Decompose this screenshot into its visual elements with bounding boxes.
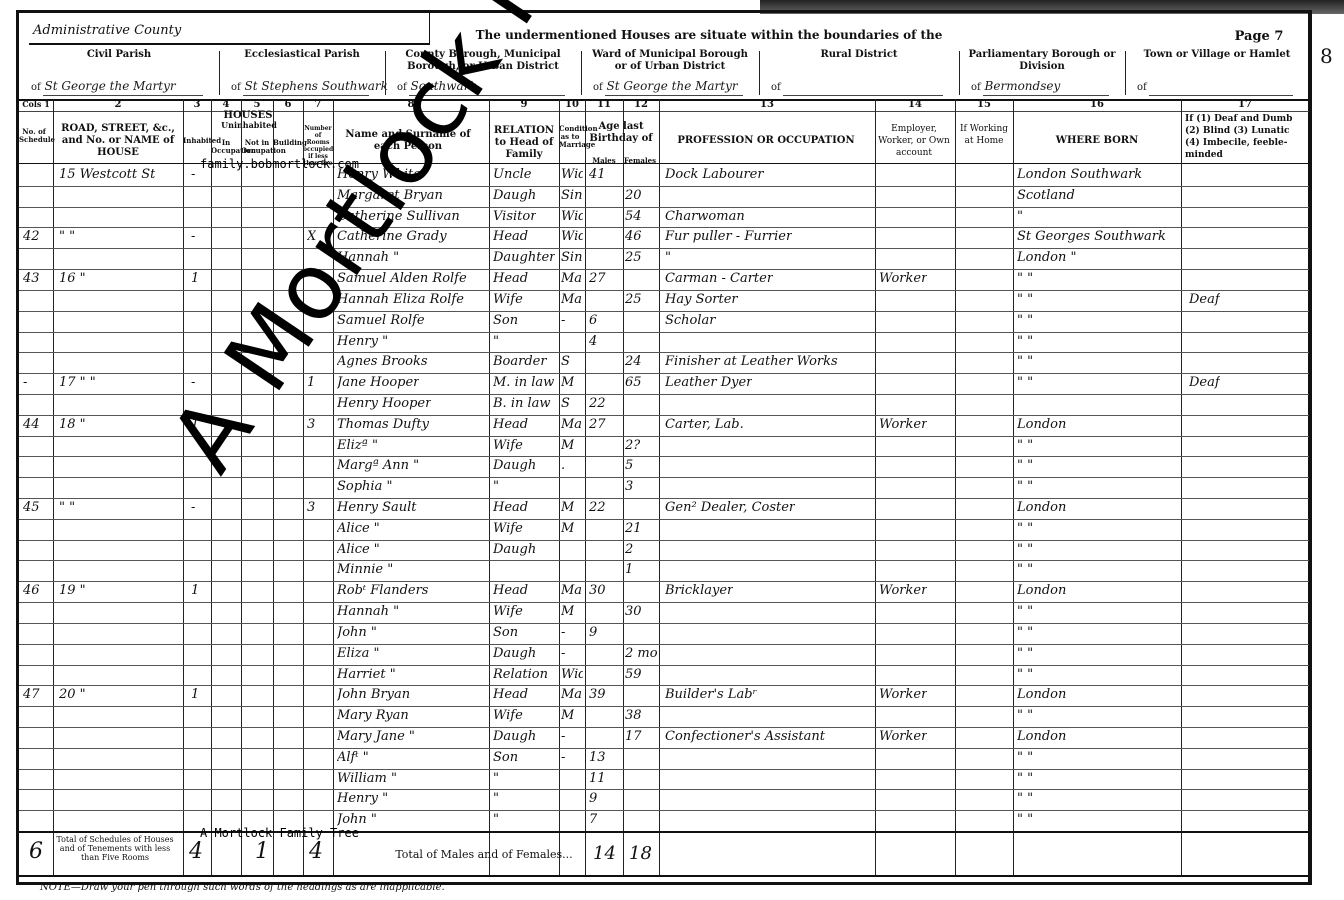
row-line — [19, 644, 1309, 645]
cell-name: Henry Hooper — [337, 396, 431, 411]
cell-cond: Wid — [561, 209, 583, 224]
column-number: 2 — [53, 99, 183, 110]
total-persons-label: Total of Males and of Females... — [379, 849, 589, 861]
cell-m: 9 — [589, 625, 597, 640]
grid-line — [241, 99, 242, 875]
cell-name: Alice " — [337, 542, 380, 557]
cell-emp: Worker — [879, 729, 927, 744]
row-line — [19, 227, 1309, 228]
cell-m: 7 — [589, 812, 597, 827]
row-line — [19, 311, 1309, 312]
cell-born: London " — [1017, 250, 1076, 265]
cell-name: John " — [337, 812, 377, 827]
cell-cond: M — [561, 438, 574, 453]
cell-born: " " — [1017, 562, 1033, 577]
cell-f: 17 — [625, 729, 642, 744]
row-line — [19, 477, 1309, 478]
boundary-value: of — [1137, 79, 1147, 93]
cell-m: 39 — [589, 687, 606, 702]
row-line — [19, 706, 1309, 707]
cell-born: " — [1017, 209, 1023, 224]
cell-rel: Head — [493, 229, 528, 244]
boundary-5: Parliamentary Borough or Divisionof Berm… — [959, 45, 1125, 99]
cell-rel: Daugh — [493, 729, 536, 744]
cell-sched: 46 — [23, 583, 40, 598]
cell-born: " " — [1017, 667, 1033, 682]
boundary-label: Ward of Municipal Borough or of Urban Di… — [585, 49, 755, 73]
cell-name: Agnes Brooks — [337, 354, 428, 369]
grid-line — [211, 99, 212, 875]
grid-line — [273, 99, 274, 875]
row-line — [19, 581, 1309, 582]
cell-rel: Wife — [493, 708, 523, 723]
boundary-label: Town or Village or Hamlet — [1129, 49, 1305, 61]
cell-occ: Carman - Carter — [665, 271, 773, 286]
cell-name: Thomas Dufty — [337, 417, 429, 432]
cell-f: 25 — [625, 292, 642, 307]
cell-m: 30 — [589, 583, 606, 598]
cell-cond: - — [561, 313, 565, 328]
cell-f: 30 — [625, 604, 642, 619]
row-line — [19, 665, 1309, 666]
cell-born: Scotland — [1017, 188, 1075, 203]
col-working-home-header: If Working at Home — [955, 123, 1013, 147]
cell-m: 22 — [589, 500, 606, 515]
grid-line — [53, 99, 54, 875]
cell-cond: Mar — [561, 292, 583, 307]
row-line — [19, 269, 1309, 270]
cell-rel: Son — [493, 625, 518, 640]
cell-road: 20 " — [59, 687, 86, 702]
cell-born: " " — [1017, 458, 1033, 473]
cell-f: 24 — [625, 354, 642, 369]
grid-line — [1013, 99, 1014, 875]
admin-county-label: Administrative County — [33, 23, 181, 38]
cell-born: " " — [1017, 708, 1033, 723]
cell-cond: M — [561, 708, 574, 723]
grid-line — [183, 99, 184, 875]
row-line — [19, 748, 1309, 749]
grid-line — [955, 99, 956, 875]
cell-sched: 42 — [23, 229, 40, 244]
row-line — [19, 685, 1309, 686]
cols-label: Cols 1 — [19, 99, 53, 109]
cell-inhab: 1 — [191, 687, 199, 702]
cell-cond: - — [561, 625, 565, 640]
cell-rel: Visitor — [493, 209, 536, 224]
cell-rel: Head — [493, 583, 528, 598]
cell-born: " " — [1017, 812, 1033, 827]
cell-occ: Gen² Dealer, Coster — [665, 500, 795, 515]
cell-rooms: 3 — [307, 500, 315, 515]
col-schedule-header: No. of Schedule — [19, 128, 49, 144]
cell-rel: Wife — [493, 438, 523, 453]
row-line — [19, 602, 1309, 603]
col-females-header: Females — [623, 157, 657, 165]
boundary-1: Ecclesiastical Parishof St Stephens Sout… — [219, 45, 385, 99]
cell-born: " " — [1017, 771, 1033, 786]
cell-m: 13 — [589, 750, 606, 765]
cell-emp: Worker — [879, 583, 927, 598]
watermark-small: A Mortlock Family Tree — [200, 826, 359, 840]
column-number: 12 — [623, 99, 659, 110]
cell-inhab: 1 — [191, 583, 199, 598]
cell-m: 11 — [589, 771, 606, 786]
boundary-value: of St Stephens Southwark — [231, 79, 388, 93]
cell-cond: Mar — [561, 687, 583, 702]
total-females: 18 — [629, 843, 652, 864]
cell-rel: Uncle — [493, 167, 531, 182]
cell-rel: " — [493, 334, 499, 349]
cell-inhab: 1 — [191, 271, 199, 286]
cell-cond: Sing — [561, 250, 583, 265]
cell-cond: Wid — [561, 167, 583, 182]
total-schedules: 6 — [29, 839, 43, 864]
cell-born: London — [1017, 729, 1066, 744]
cell-name: Minnie " — [337, 562, 393, 577]
cell-inhab: - — [191, 167, 195, 182]
cell-occ: Builder's Labʳ — [665, 687, 757, 702]
cell-born: " " — [1017, 271, 1033, 286]
col-uninhabited-header: Uninhabited — [211, 121, 287, 129]
cell-road: " " — [59, 229, 75, 244]
boundary-label: Civil Parish — [23, 49, 215, 61]
cell-name: Henry " — [337, 791, 388, 806]
cell-name: Henry Sault — [337, 500, 417, 515]
cell-sched: 44 — [23, 417, 40, 432]
cell-sched: - — [23, 375, 27, 390]
cell-rel: Relation — [493, 667, 548, 682]
cell-born: " " — [1017, 646, 1033, 661]
total-inhabited: 4 — [189, 839, 203, 864]
total-males: 14 — [593, 843, 616, 864]
cell-rel: Head — [493, 417, 528, 432]
cell-name: Margª Ann " — [337, 458, 419, 473]
cell-name: Alfᵗ " — [337, 750, 369, 765]
cell-sched: 47 — [23, 687, 40, 702]
row-line — [19, 623, 1309, 624]
cell-cond: S — [561, 396, 570, 411]
cell-f: 5 — [625, 458, 633, 473]
cell-name: Henry " — [337, 334, 388, 349]
boundary-4: Rural Districtof — [759, 45, 959, 99]
total-uninhabited: 1 — [255, 839, 269, 864]
cell-f: 1 — [625, 562, 633, 577]
cell-cond: . — [561, 458, 565, 473]
cell-born: " " — [1017, 604, 1033, 619]
boundary-label: Ecclesiastical Parish — [223, 49, 381, 61]
cell-occ: Scholar — [665, 313, 716, 328]
column-number: 14 — [875, 99, 955, 110]
cell-m: 6 — [589, 313, 597, 328]
cell-born: London — [1017, 500, 1066, 515]
cell-cond: Sing — [561, 188, 583, 203]
grid-line — [875, 99, 876, 875]
cell-occ: Charwoman — [665, 209, 745, 224]
row-line — [19, 540, 1309, 541]
cell-m: 27 — [589, 417, 606, 432]
grid-line — [559, 99, 560, 875]
cell-rel: Wife — [493, 292, 523, 307]
cell-cond: M — [561, 500, 574, 515]
cell-name: Hannah " — [337, 604, 399, 619]
cell-rel: Boarder — [493, 354, 547, 369]
cell-rel: " — [493, 791, 499, 806]
cell-name: Harriet " — [337, 667, 396, 682]
row-line — [19, 769, 1309, 770]
cell-born: " " — [1017, 542, 1033, 557]
cell-sched: 45 — [23, 500, 40, 515]
column-number: 5 — [241, 99, 273, 110]
cell-road: 18 " — [59, 417, 86, 432]
row-line — [19, 560, 1309, 561]
cell-inhab: - — [191, 229, 195, 244]
cell-f: 21 — [625, 521, 642, 536]
cell-f: 59 — [625, 667, 642, 682]
cell-emp: Worker — [879, 687, 927, 702]
cell-f: 65 — [625, 375, 642, 390]
cell-born: " " — [1017, 354, 1033, 369]
cell-rel: Wife — [493, 604, 523, 619]
total-schedules-label: Total of Schedules of Houses and of Tene… — [53, 835, 177, 862]
column-number: 6 — [273, 99, 303, 110]
cell-name: Mary Ryan — [337, 708, 409, 723]
grid-line — [489, 99, 490, 875]
cell-road: 16 " — [59, 271, 86, 286]
col-where-born-header: WHERE BORN — [1013, 135, 1181, 147]
cell-rel: Wife — [493, 521, 523, 536]
cell-occ: Hay Sorter — [665, 292, 738, 307]
cell-name: William " — [337, 771, 397, 786]
cell-occ: Dock Labourer — [665, 167, 764, 182]
col-infirmity-header: If (1) Deaf and Dumb (2) Blind (3) Lunat… — [1185, 113, 1303, 161]
cell-cond: - — [561, 646, 565, 661]
cell-occ: Carter, Lab. — [665, 417, 744, 432]
grid-line — [1181, 99, 1182, 875]
cell-rel: Head — [493, 271, 528, 286]
cell-f: 20 — [625, 188, 642, 203]
col-road-header: ROAD, STREET, &c., and No. or NAME of HO… — [53, 123, 183, 159]
cell-cond: Wid — [561, 667, 583, 682]
boundary-value: of Bermondsey — [971, 79, 1060, 93]
cell-road: 19 " — [59, 583, 86, 598]
boundary-0: Civil Parishof St George the Martyr — [19, 45, 219, 99]
cell-rel: " — [493, 812, 499, 827]
boundary-label: Parliamentary Borough or Division — [963, 49, 1121, 73]
cell-born: London — [1017, 687, 1066, 702]
row-line — [19, 519, 1309, 520]
cell-rel: Son — [493, 313, 518, 328]
cell-born: St Georges Southwark — [1017, 229, 1166, 244]
cell-inf: Deaf — [1189, 375, 1220, 390]
cell-emp: Worker — [879, 271, 927, 286]
column-number: 16 — [1013, 99, 1181, 110]
row-line — [19, 727, 1309, 728]
boundary-value: of — [771, 79, 781, 93]
row-line — [19, 248, 1309, 249]
cell-cond: M — [561, 375, 574, 390]
cell-m: 27 — [589, 271, 606, 286]
cell-sched: 43 — [23, 271, 40, 286]
cell-f: 2 — [625, 542, 633, 557]
cell-cond: M — [561, 604, 574, 619]
cell-born: " " — [1017, 438, 1033, 453]
cell-road: 17 " " — [59, 375, 96, 390]
cell-born: " " — [1017, 625, 1033, 640]
row-line — [19, 207, 1309, 208]
cell-born: " " — [1017, 791, 1033, 806]
row-line — [19, 290, 1309, 291]
cell-name: John Bryan — [337, 687, 410, 702]
col-condition-header: Condition as to Marriage — [559, 125, 581, 149]
cell-cond: S — [561, 354, 570, 369]
cell-f: 46 — [625, 229, 642, 244]
cell-born: " " — [1017, 521, 1033, 536]
row-line — [19, 498, 1309, 499]
cell-occ: Leather Dyer — [665, 375, 752, 390]
cell-rel: Head — [493, 500, 528, 515]
column-number: 13 — [659, 99, 875, 110]
row-line — [19, 789, 1309, 790]
cell-m: 4 — [589, 334, 597, 349]
row-line — [19, 810, 1309, 811]
boundary-label: Rural District — [763, 49, 955, 61]
cell-name: Eliza " — [337, 646, 380, 661]
cell-emp: Worker — [879, 417, 927, 432]
cell-f: 38 — [625, 708, 642, 723]
cell-road: " " — [59, 500, 75, 515]
cell-rel: B. in law — [493, 396, 551, 411]
boundary-value: of St George the Martyr — [593, 79, 738, 93]
cell-f: 25 — [625, 250, 642, 265]
boundary-3: Ward of Municipal Borough or of Urban Di… — [581, 45, 759, 99]
cell-name: Mary Jane " — [337, 729, 415, 744]
cell-born: " " — [1017, 375, 1033, 390]
cell-cond: Mar — [561, 271, 583, 286]
cell-f: 3 — [625, 479, 633, 494]
cell-cond: - — [561, 750, 565, 765]
cell-inhab: - — [191, 500, 195, 515]
cell-rel: M. in law — [493, 375, 554, 390]
column-number: 3 — [183, 99, 211, 110]
cell-born: " " — [1017, 292, 1033, 307]
cell-rel: " — [493, 479, 499, 494]
cell-occ: " — [665, 250, 671, 265]
cell-f: 2 mo — [625, 646, 657, 661]
footnote: NOTE—Draw your pen through such words of… — [40, 882, 445, 893]
boundary-value: of St George the Martyr — [31, 79, 176, 93]
cell-rooms: 3 — [307, 417, 315, 432]
col-occupation-header: PROFESSION OR OCCUPATION — [661, 135, 871, 147]
cell-born: " " — [1017, 750, 1033, 765]
grid-line — [659, 99, 660, 875]
cell-rel: Head — [493, 687, 528, 702]
cell-rel: Daugh — [493, 542, 536, 557]
grid-line — [585, 99, 586, 875]
cell-m: 41 — [589, 167, 606, 182]
cell-born: London Southwark — [1017, 167, 1142, 182]
column-number: 4 — [211, 99, 241, 110]
cell-rel: " — [493, 771, 499, 786]
cell-road: 15 Westcott St — [59, 167, 155, 182]
cell-name: Sophia " — [337, 479, 392, 494]
cell-rel: Daugh — [493, 646, 536, 661]
cell-f: 54 — [625, 209, 642, 224]
cell-rel: Daugh — [493, 188, 536, 203]
cell-name: Elizª " — [337, 438, 378, 453]
column-number: 10 — [559, 99, 585, 110]
cell-cond: Wid — [561, 229, 583, 244]
cell-occ: Finisher at Leather Works — [665, 354, 838, 369]
cell-born: London — [1017, 417, 1066, 432]
col-relation-header: RELATION to Head of Family — [489, 125, 559, 161]
cell-cond: - — [561, 729, 565, 744]
cell-occ: Bricklayer — [665, 583, 733, 598]
col-age-header: Age last Birthday of — [585, 121, 657, 145]
cell-m: 9 — [589, 791, 597, 806]
cell-name: John " — [337, 625, 377, 640]
side-number: 8 — [1320, 50, 1333, 62]
row-line — [19, 332, 1309, 333]
total-rooms: 4 — [309, 839, 323, 864]
cell-born: " " — [1017, 334, 1033, 349]
cell-inf: Deaf — [1189, 292, 1220, 307]
col-in-occupation-header: In Occupation — [211, 139, 241, 155]
column-number: 11 — [585, 99, 623, 110]
grid-line — [623, 99, 624, 875]
cell-born: London — [1017, 583, 1066, 598]
column-number: 15 — [955, 99, 1013, 110]
cell-name: Robᵗ Flanders — [337, 583, 428, 598]
cell-rel: Daughter — [493, 250, 555, 265]
page-number: Page 7 — [1219, 31, 1299, 43]
column-number: 7 — [303, 99, 333, 110]
cell-f: 2? — [625, 438, 640, 453]
boundary-6: Town or Village or Hamletof — [1125, 45, 1309, 99]
col-males-header: Males — [587, 157, 621, 165]
row-line — [19, 186, 1309, 187]
cell-occ: Confectioner's Assistant — [665, 729, 825, 744]
col-building-header: Building — [273, 139, 303, 147]
cell-name: Alice " — [337, 521, 380, 536]
col-inhabited-header: Inhabited — [183, 137, 211, 145]
col-not-in-occupation-header: Not in Occupation — [241, 139, 273, 155]
cell-occ: Fur puller - Furrier — [665, 229, 792, 244]
col-employer-header: Employer, Worker, or Own account — [875, 123, 953, 159]
cell-cond: M — [561, 521, 574, 536]
cell-name: Jane Hooper — [337, 375, 419, 390]
cell-cond: Mar — [561, 417, 583, 432]
column-number: 17 — [1181, 99, 1309, 110]
cell-m: 22 — [589, 396, 606, 411]
cell-born: " " — [1017, 313, 1033, 328]
cell-rel: Son — [493, 750, 518, 765]
cell-rel: Daugh — [493, 458, 536, 473]
cell-cond: Mar — [561, 583, 583, 598]
cell-born: " " — [1017, 479, 1033, 494]
